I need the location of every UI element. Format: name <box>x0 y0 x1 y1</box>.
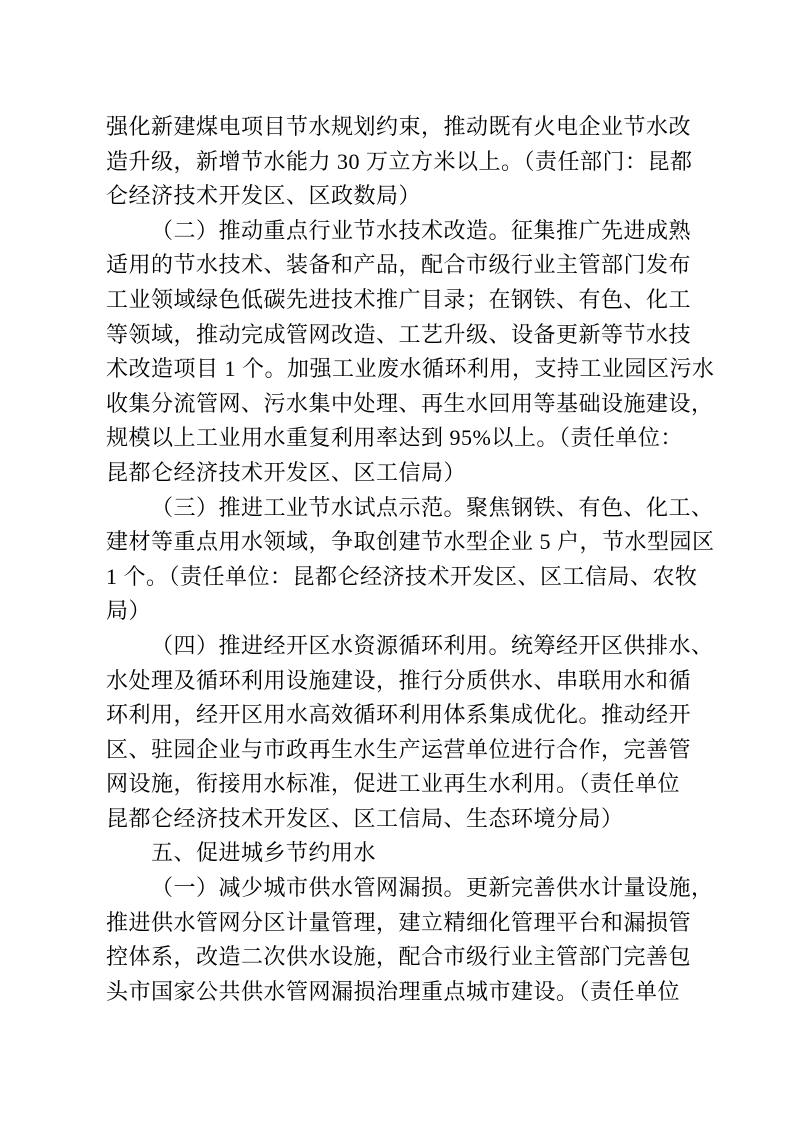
para-item-2-industry-tech-upgrade-line-6: 收集分流管网、污水集中处理、再生水回用等基础设施建设， <box>106 387 692 422</box>
para-item-2-industry-tech-upgrade-line-5: 术改造项目 1 个。加强工业废水循环利用，支持工业园区污水 <box>106 352 692 387</box>
para-item-2-industry-tech-upgrade-line-3: 工业领域绿色低碳先进技术推广目录；在钢铁、有色、化工 <box>106 283 692 318</box>
para-item-3-pilot-demonstration-line-3: 1 个。（责任单位：昆都仑经济技术开发区、区工信局、农牧 <box>106 560 692 595</box>
para-item-2-industry-tech-upgrade-line-1: （二）推动重点行业节水技术改造。征集推广先进成熟 <box>106 214 692 249</box>
para-item-4-water-recycling-line-2: 水处理及循环利用设施建设，推行分质供水、串联用水和循 <box>106 664 692 699</box>
para-item-3-pilot-demonstration-line-1: （三）推进工业节水试点示范。聚焦钢铁、有色、化工、 <box>106 491 692 526</box>
para-item-3-pilot-demonstration-line-2: 建材等重点用水领域，争取创建节水型企业 5 户，节水型园区 <box>106 525 692 560</box>
para-item-4-water-recycling-line-6: 昆都仑经济技术开发区、区工信局、生态环境分局） <box>106 802 692 837</box>
para-item-1-pipe-network-leakage-line-1: （一）减少城市供水管网漏损。更新完善供水计量设施， <box>106 871 692 906</box>
para-coal-power-continuation-line-1: 强化新建煤电项目节水规划约束，推动既有火电企业节水改 <box>106 110 692 145</box>
para-item-3-pilot-demonstration-line-4: 局） <box>106 594 692 629</box>
para-item-2-industry-tech-upgrade-line-8: 昆都仑经济技术开发区、区工信局） <box>106 456 692 491</box>
para-item-2-industry-tech-upgrade-line-2: 适用的节水技术、装备和产品，配合市级行业主管部门发布 <box>106 248 692 283</box>
heading-section-5-urban-rural-water-saving-line-1: 五、促进城乡节约用水 <box>106 836 692 871</box>
document-page: 强化新建煤电项目节水规划约束，推动既有火电企业节水改造升级，新增节水能力 30 … <box>0 0 793 1122</box>
para-item-4-water-recycling-line-4: 区、驻园企业与市政再生水生产运营单位进行合作，完善管 <box>106 733 692 768</box>
para-coal-power-continuation-line-3: 仑经济技术开发区、区政数局） <box>106 179 692 214</box>
para-item-4-water-recycling-line-1: （四）推进经开区水资源循环利用。统筹经开区供排水、 <box>106 629 692 664</box>
document-text-block: 强化新建煤电项目节水规划约束，推动既有火电企业节水改造升级，新增节水能力 30 … <box>106 110 692 1009</box>
para-item-2-industry-tech-upgrade-line-4: 等领域，推动完成管网改造、工艺升级、设备更新等节水技 <box>106 318 692 353</box>
para-item-1-pipe-network-leakage-line-3: 控体系，改造二次供水设施，配合市级行业主管部门完善包 <box>106 940 692 975</box>
para-item-1-pipe-network-leakage-line-4: 头市国家公共供水管网漏损治理重点城市建设。（责任单位 <box>106 975 692 1010</box>
para-coal-power-continuation-line-2: 造升级，新增节水能力 30 万立方米以上。（责任部门：昆都 <box>106 145 692 180</box>
para-item-4-water-recycling-line-5: 网设施，衔接用水标准，促进工业再生水利用。（责任单位 <box>106 767 692 802</box>
para-item-1-pipe-network-leakage-line-2: 推进供水管网分区计量管理，建立精细化管理平台和漏损管 <box>106 906 692 941</box>
para-item-2-industry-tech-upgrade-line-7: 规模以上工业用水重复利用率达到 95%以上。（责任单位： <box>106 421 692 456</box>
para-item-4-water-recycling-line-3: 环利用，经开区用水高效循环利用体系集成优化。推动经开 <box>106 698 692 733</box>
